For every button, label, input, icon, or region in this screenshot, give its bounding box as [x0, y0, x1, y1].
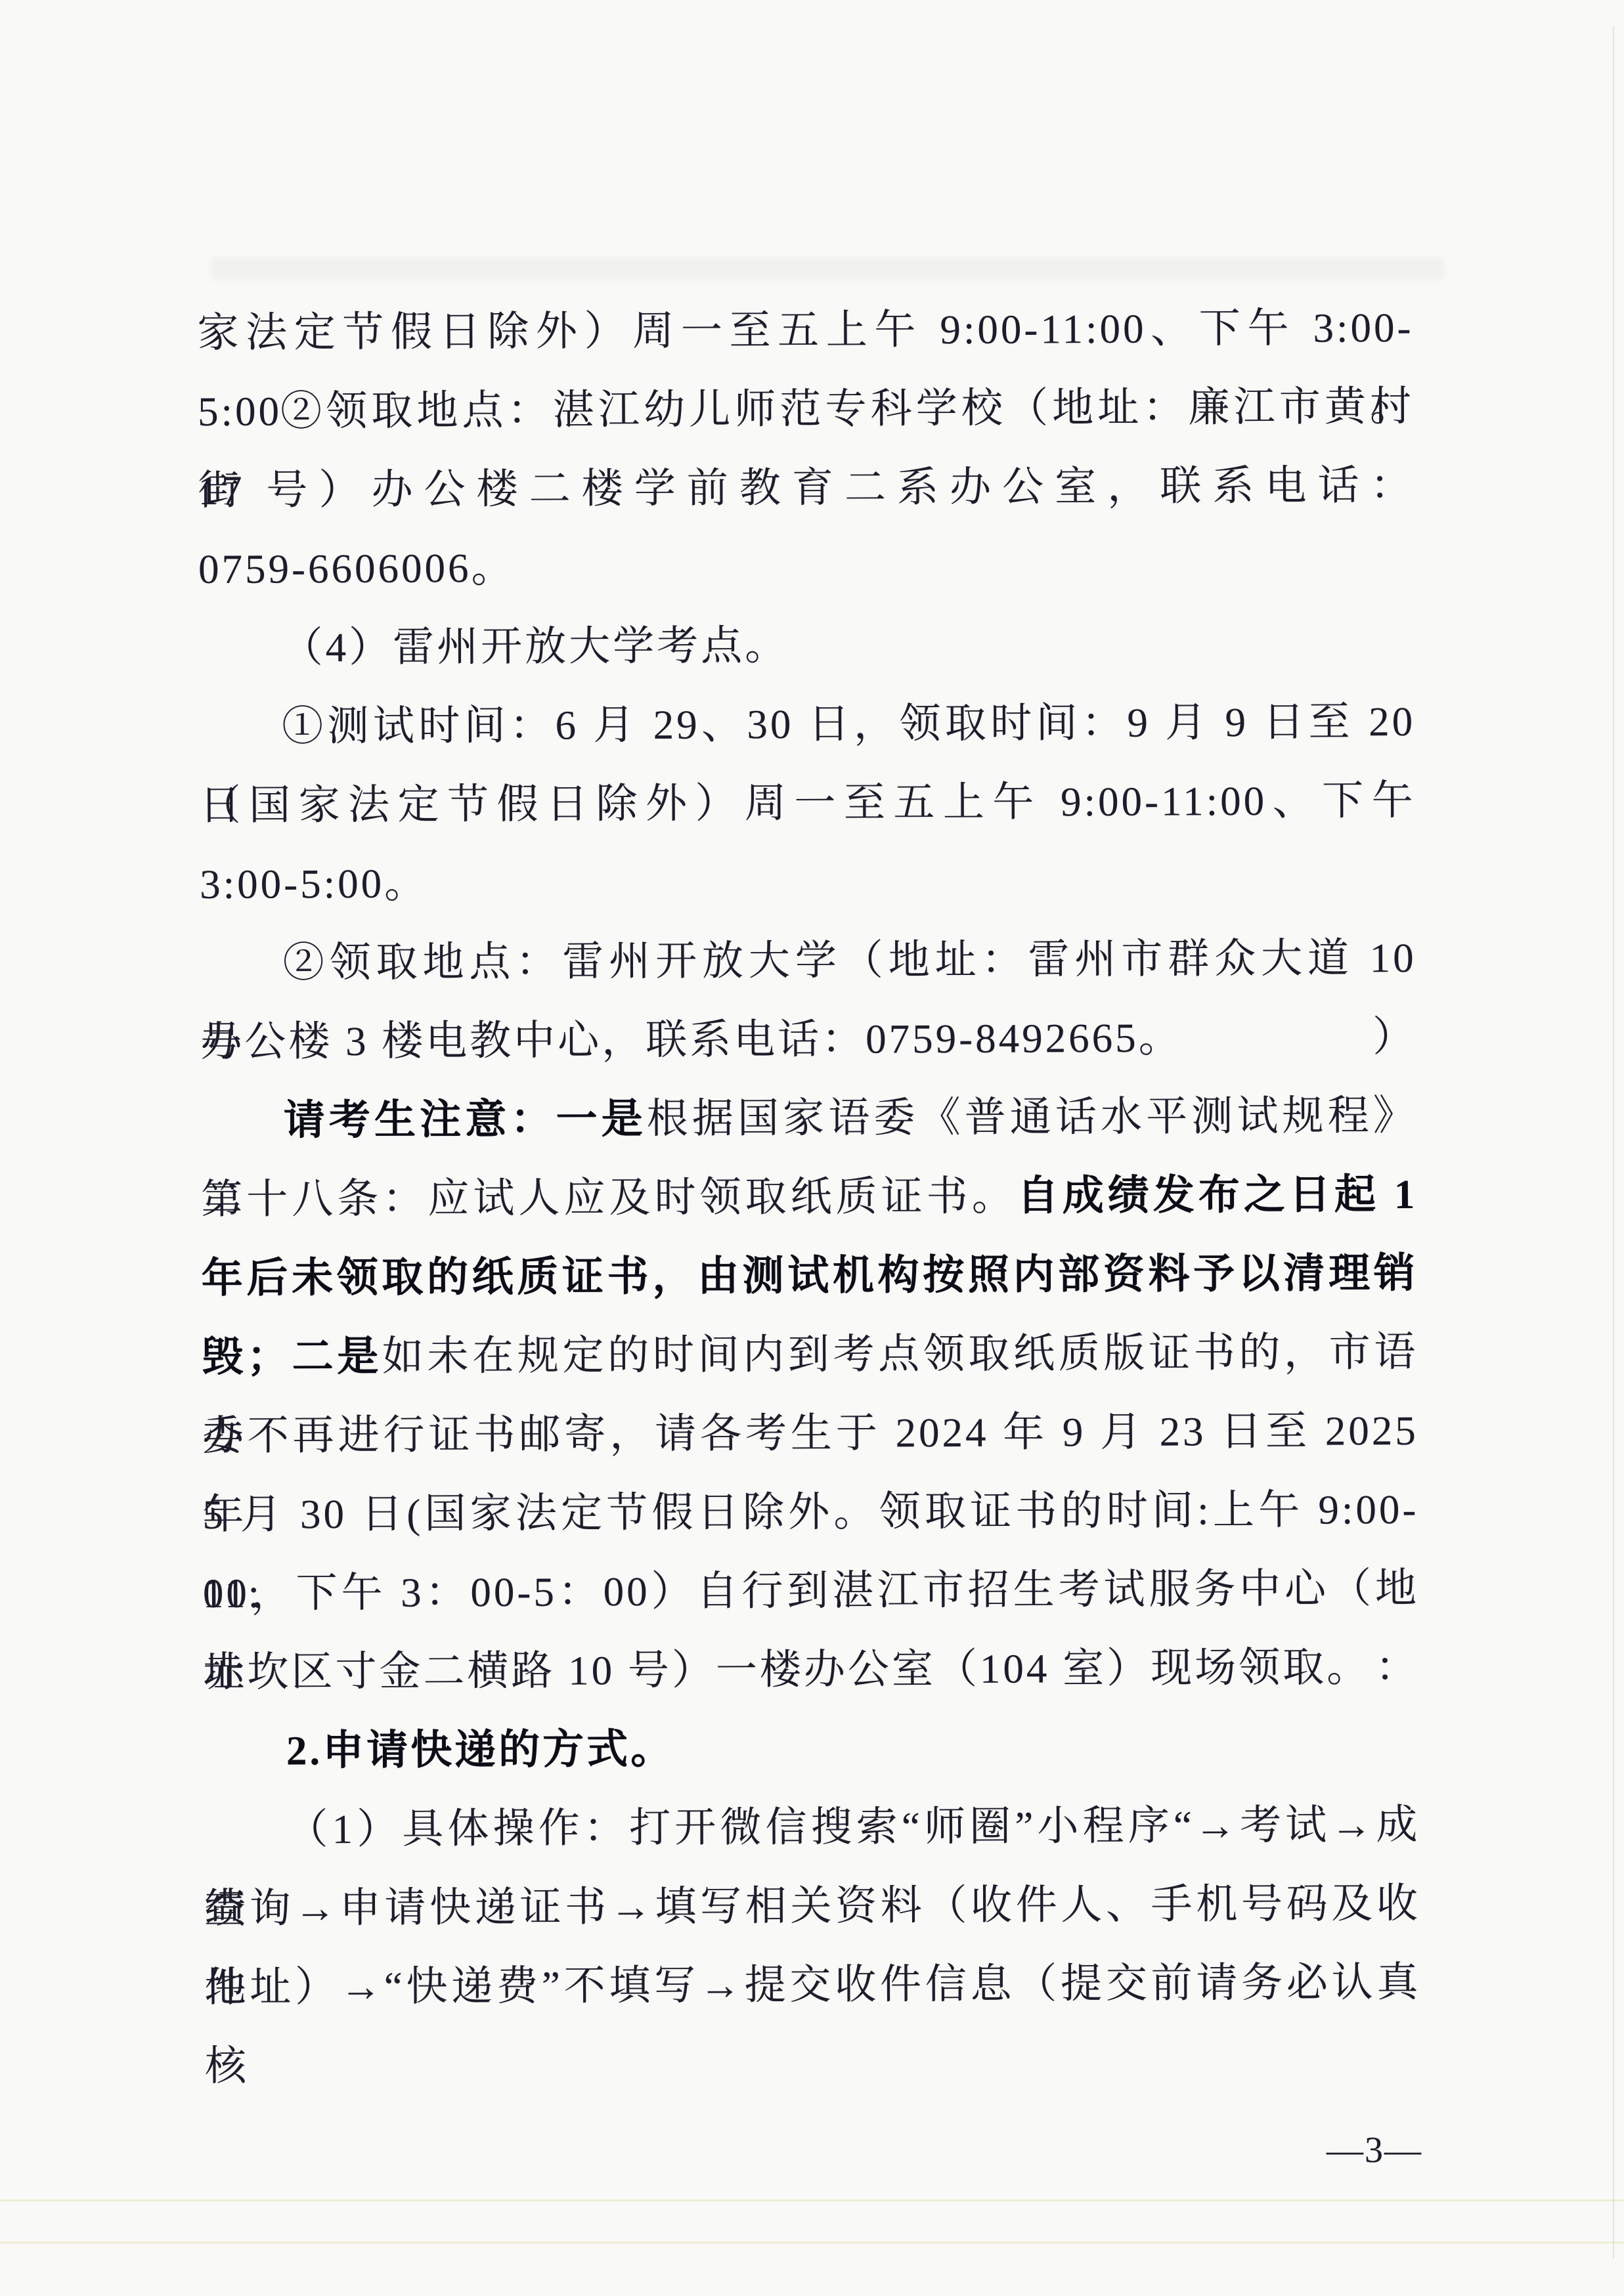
- bold-text-segment: 毁；二是: [202, 1333, 382, 1380]
- text-line: ②领取地点：湛江幼儿师范专科学校（地址：廉江市黄村街: [198, 367, 1415, 451]
- text-segment: （4）雷州开放大学考点。: [281, 622, 789, 670]
- page-number: —3—: [1327, 2124, 1422, 2177]
- bold-text-segment: 年后未领取的纸质证书，由测试机构按照内部资料予以清理销: [202, 1250, 1418, 1301]
- text-line: 请考生注意：一是根据国家语委《普通话水平测试规程》第: [200, 1076, 1417, 1160]
- text-line: 家法定节假日除外）周一至五上午 9:00-11:00、下午 3:00-5:00。: [197, 288, 1414, 372]
- text-line: 17 号）办公楼二楼学前教育二系办公室，联系电话：: [198, 446, 1415, 530]
- bold-text-segment: 自成绩发布之日起 1: [1017, 1171, 1418, 1219]
- scan-streak-line-1: [0, 2199, 1624, 2201]
- text-line: 年后未领取的纸质证书，由测试机构按照内部资料予以清理销: [202, 1234, 1418, 1318]
- text-line: （1）具体操作：打开微信搜索“师圈”小程序“→考试→成绩: [204, 1785, 1420, 1869]
- text-line: 赤坎区寸金二横路 10 号）一楼办公室（104 室）现场领取。: [203, 1628, 1420, 1712]
- document-lines: 家法定节假日除外）周一至五上午 9:00-11:00、下午 3:00-5:00。…: [197, 288, 1421, 2027]
- text-segment: 赤坎区寸金二横路 10 号）一楼办公室（104 室）现场领取。: [203, 1644, 1371, 1695]
- bold-text-segment: 请考生注意：一是: [284, 1096, 647, 1143]
- page-edge-shadow: [1613, 26, 1614, 2259]
- scanned-document-page: 家法定节假日除外）周一至五上午 9:00-11:00、下午 3:00-5:00。…: [0, 0, 1624, 2296]
- scan-streak-line-2: [0, 2242, 1624, 2243]
- text-segment: 3:00-5:00。: [200, 861, 428, 908]
- text-line: 0759-6606006。: [198, 525, 1415, 609]
- text-segment: 0759-6606006。: [198, 545, 516, 592]
- text-segment: 地址）→“快递费”不填写→提交收件信息（提交前请务必认真核: [204, 1959, 1420, 2089]
- text-segment: （国家法定节假日除外）周一至五上午 9:00-11:00、下午: [199, 777, 1415, 829]
- text-segment: 办公楼 3 楼电教中心，联系电话：0759-8492665。: [200, 1015, 1183, 1066]
- text-line: 办不再进行证书邮寄，请各考生于 2024 年 9 月 23 日至 2025 年: [202, 1391, 1419, 1475]
- text-line: 地址）→“快递费”不填写→提交收件信息（提交前请务必认真核: [204, 1943, 1421, 2027]
- text-line: ①测试时间：6 月 29、30 日，领取时间：9 月 9 日至 20 日: [199, 682, 1416, 766]
- text-line: 毁；二是如未在规定的时间内到考点领取纸质版证书的，市语委: [202, 1312, 1418, 1397]
- text-segment: 二十八条：应试人应及时领取纸质证书。: [201, 1173, 1017, 1223]
- text-line: 3:00-5:00。: [200, 840, 1416, 924]
- bold-text-segment: 2.申请快递的方式。: [286, 1726, 675, 1774]
- scan-smudge: [210, 257, 1445, 281]
- text-line: 00，下午 3：00-5：00）自行到湛江市招生考试服务中心（地址：: [203, 1549, 1420, 1633]
- text-line: 查询→申请快递证书→填写相关资料（收件人、手机号码及收件: [204, 1864, 1421, 1948]
- text-line: （4）雷州开放大学考点。: [198, 603, 1415, 687]
- text-line: ②领取地点：雷州开放大学（地址：雷州市群众大道 10 号）: [200, 919, 1416, 1003]
- text-line: 二十八条：应试人应及时领取纸质证书。自成绩发布之日起 1: [201, 1155, 1418, 1239]
- text-segment: 17 号）办公楼二楼学前教育二系办公室，联系电话：: [198, 462, 1414, 513]
- text-line: 2.申请快递的方式。: [204, 1706, 1420, 1790]
- text-line: （国家法定节假日除外）周一至五上午 9:00-11:00、下午: [199, 761, 1416, 845]
- text-line: 5 月 30 日(国家法定节假日除外。领取证书的时间:上午 9:00-11:: [202, 1470, 1419, 1554]
